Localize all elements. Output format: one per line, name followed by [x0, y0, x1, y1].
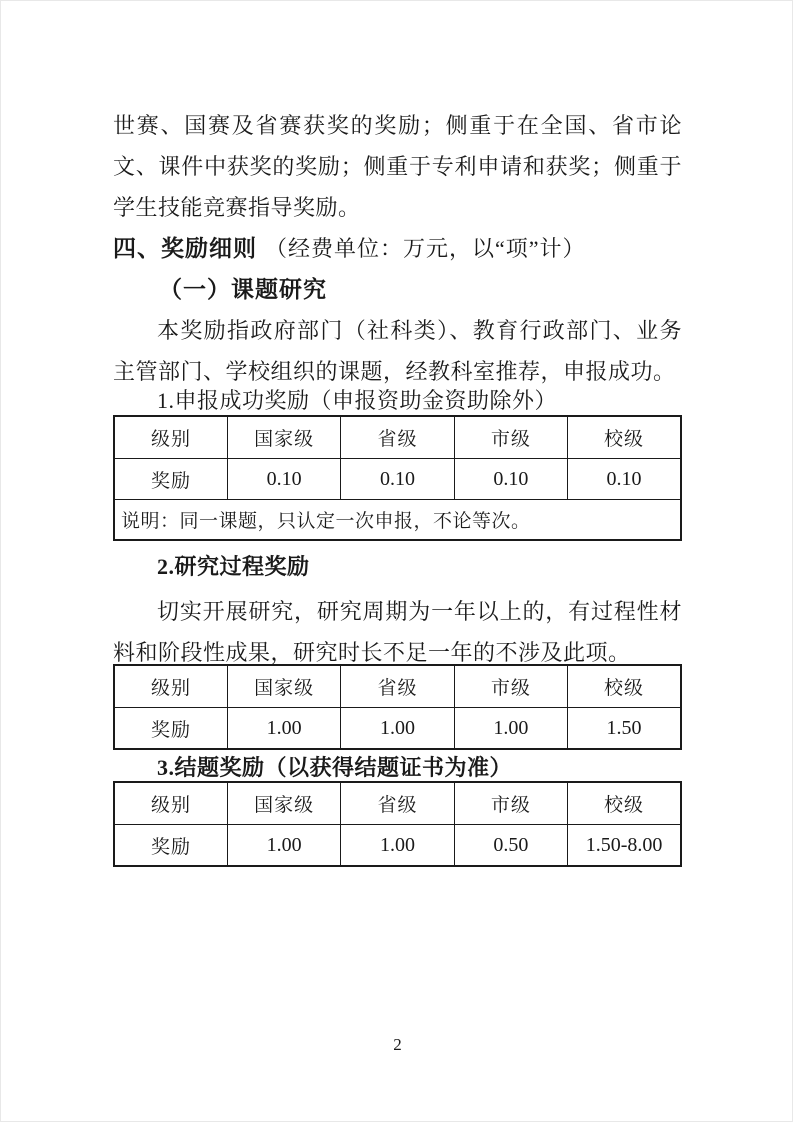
table-completion-reward: 级别 国家级 省级 市级 校级 奖励 1.00 1.00 0.50 1.50-8… — [113, 781, 682, 867]
table-note-cell: 说明：同一课题，只认定一次申报，不论等次。 — [114, 500, 681, 541]
subsection-paragraph: 本奖励指政府部门（社科类）、教育行政部门、业务主管部门、学校组织的课题，经教科室… — [113, 310, 682, 392]
section-heading: 四、奖励细则（经费单位：万元，以“项”计） — [113, 228, 682, 269]
header-cell-provincial: 省级 — [341, 782, 454, 825]
item3-title: 3.结题奖励（以获得结题证书为准） — [113, 753, 682, 783]
value-cell-provincial: 0.10 — [341, 459, 454, 500]
table-header-row: 级别 国家级 省级 市级 校级 — [114, 782, 681, 825]
section-heading-title: 四、奖励细则 — [113, 235, 257, 261]
document-page: 世赛、国赛及省赛获奖的奖励；侧重于在全国、省市论文、课件中获奖的奖励；侧重于专利… — [0, 0, 793, 1122]
table-note-row: 说明：同一课题，只认定一次申报，不论等次。 — [114, 500, 681, 541]
header-cell-provincial: 省级 — [341, 416, 454, 459]
value-cell-provincial: 1.00 — [341, 708, 454, 750]
page-number: 2 — [1, 1035, 793, 1055]
header-cell-national: 国家级 — [227, 416, 340, 459]
value-cell-school: 1.50-8.00 — [568, 825, 681, 867]
item1-title: 1.申报成功奖励（申报资助金资助除外） — [113, 386, 682, 416]
header-cell-national: 国家级 — [227, 665, 340, 708]
table-value-row: 奖励 1.00 1.00 0.50 1.50-8.00 — [114, 825, 681, 867]
table-header-row: 级别 国家级 省级 市级 校级 — [114, 416, 681, 459]
header-cell-school: 校级 — [568, 782, 681, 825]
header-cell-municipal: 市级 — [454, 665, 567, 708]
value-cell-municipal: 0.10 — [454, 459, 567, 500]
row-label-cell: 奖励 — [114, 459, 227, 500]
header-cell-provincial: 省级 — [341, 665, 454, 708]
value-cell-national: 1.00 — [227, 825, 340, 867]
row-label-cell: 奖励 — [114, 708, 227, 750]
value-cell-school: 1.50 — [568, 708, 681, 750]
table-value-row: 奖励 0.10 0.10 0.10 0.10 — [114, 459, 681, 500]
item2-title: 2.研究过程奖励 — [113, 552, 682, 582]
table-value-row: 奖励 1.00 1.00 1.00 1.50 — [114, 708, 681, 750]
header-cell-level: 级别 — [114, 665, 227, 708]
header-cell-level: 级别 — [114, 782, 227, 825]
section-heading-unit-note: （经费单位：万元，以“项”计） — [265, 236, 586, 261]
intro-paragraph: 世赛、国赛及省赛获奖的奖励；侧重于在全国、省市论文、课件中获奖的奖励；侧重于专利… — [113, 105, 682, 228]
value-cell-school: 0.10 — [568, 459, 681, 500]
value-cell-national: 0.10 — [227, 459, 340, 500]
subsection-heading: （一）课题研究 — [113, 269, 682, 310]
item2-paragraph: 切实开展研究，研究周期为一年以上的，有过程性材料和阶段性成果，研究时长不足一年的… — [113, 591, 682, 673]
table-header-row: 级别 国家级 省级 市级 校级 — [114, 665, 681, 708]
value-cell-provincial: 1.00 — [341, 825, 454, 867]
header-cell-level: 级别 — [114, 416, 227, 459]
value-cell-municipal: 1.00 — [454, 708, 567, 750]
header-cell-national: 国家级 — [227, 782, 340, 825]
header-cell-municipal: 市级 — [454, 416, 567, 459]
header-cell-school: 校级 — [568, 416, 681, 459]
row-label-cell: 奖励 — [114, 825, 227, 867]
header-cell-school: 校级 — [568, 665, 681, 708]
value-cell-national: 1.00 — [227, 708, 340, 750]
header-cell-municipal: 市级 — [454, 782, 567, 825]
table-process-reward: 级别 国家级 省级 市级 校级 奖励 1.00 1.00 1.00 1.50 — [113, 664, 682, 750]
value-cell-municipal: 0.50 — [454, 825, 567, 867]
table-application-reward: 级别 国家级 省级 市级 校级 奖励 0.10 0.10 0.10 0.10 说… — [113, 415, 682, 541]
